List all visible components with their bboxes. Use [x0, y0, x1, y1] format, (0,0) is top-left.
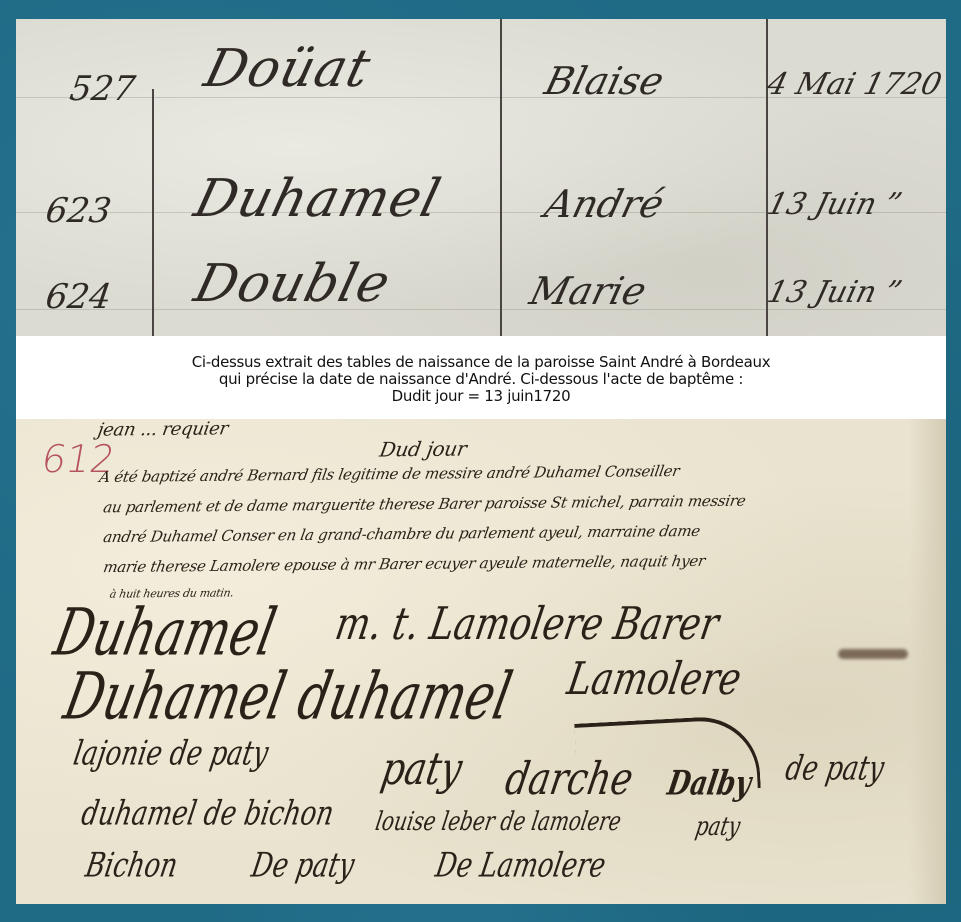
signature: louise leber de lamolere	[373, 805, 623, 836]
register-surname: Double	[189, 254, 397, 314]
register-number: 527	[67, 69, 138, 109]
act-line: andré Duhamel Conser en la grand-chambre…	[102, 522, 701, 546]
signature: De Lamolere	[433, 847, 609, 886]
caption: Ci-dessus extrait des tables de naissanc…	[16, 336, 946, 419]
signature: lajonie de paty	[71, 735, 272, 774]
column-divider	[152, 89, 154, 336]
signature: Lamolere	[563, 654, 745, 705]
register-surname: Duhamel	[189, 169, 447, 229]
baptism-act: jean ... requier 612 Dud jour A été bapt…	[16, 419, 946, 904]
act-heading: Dud jour	[378, 437, 469, 462]
signature: m. t. Lamolere Barer	[331, 599, 722, 650]
signature: darche	[501, 754, 636, 805]
act-line: au parlement et de dame marguerite there…	[102, 492, 747, 517]
ink-smudge	[838, 649, 908, 659]
signature: De paty	[249, 847, 358, 886]
act-line: marie therese Lamolere epouse à mr Barer…	[102, 552, 706, 576]
signature: duhamel de bichon	[79, 795, 337, 834]
signature: paty	[377, 744, 465, 795]
register-first-name: André	[541, 182, 669, 226]
register-date: 13 Juin ”	[764, 187, 906, 222]
caption-line: qui précise la date de naissance d'André…	[16, 371, 946, 388]
register-first-name: Marie	[526, 269, 651, 313]
column-divider	[766, 19, 768, 336]
register-date: 13 Juin ”	[764, 275, 906, 310]
signature: Dalby	[665, 765, 754, 804]
caption-line: Ci-dessus extrait des tables de naissanc…	[16, 354, 946, 371]
signature: Bichon	[83, 847, 181, 886]
register-surname: Doüat	[199, 39, 377, 99]
signature: de paty	[783, 750, 887, 789]
register-number: 624	[43, 277, 114, 317]
signature: Duhamel duhamel	[58, 659, 518, 735]
act-line: A été baptizé andré Bernard fils legitim…	[98, 462, 681, 486]
signature: paty	[693, 810, 743, 841]
register-number: 623	[43, 191, 114, 231]
caption-line: Dudit jour = 13 juin1720	[16, 388, 946, 405]
register-date: 4 Mai 1720	[764, 67, 945, 102]
column-divider	[500, 19, 502, 336]
document-frame: 527 Doüat Blaise 4 Mai 1720 623 Duhamel …	[16, 19, 946, 904]
register-first-name: Blaise	[541, 59, 669, 103]
birth-register-excerpt: 527 Doüat Blaise 4 Mai 1720 623 Duhamel …	[16, 19, 946, 336]
